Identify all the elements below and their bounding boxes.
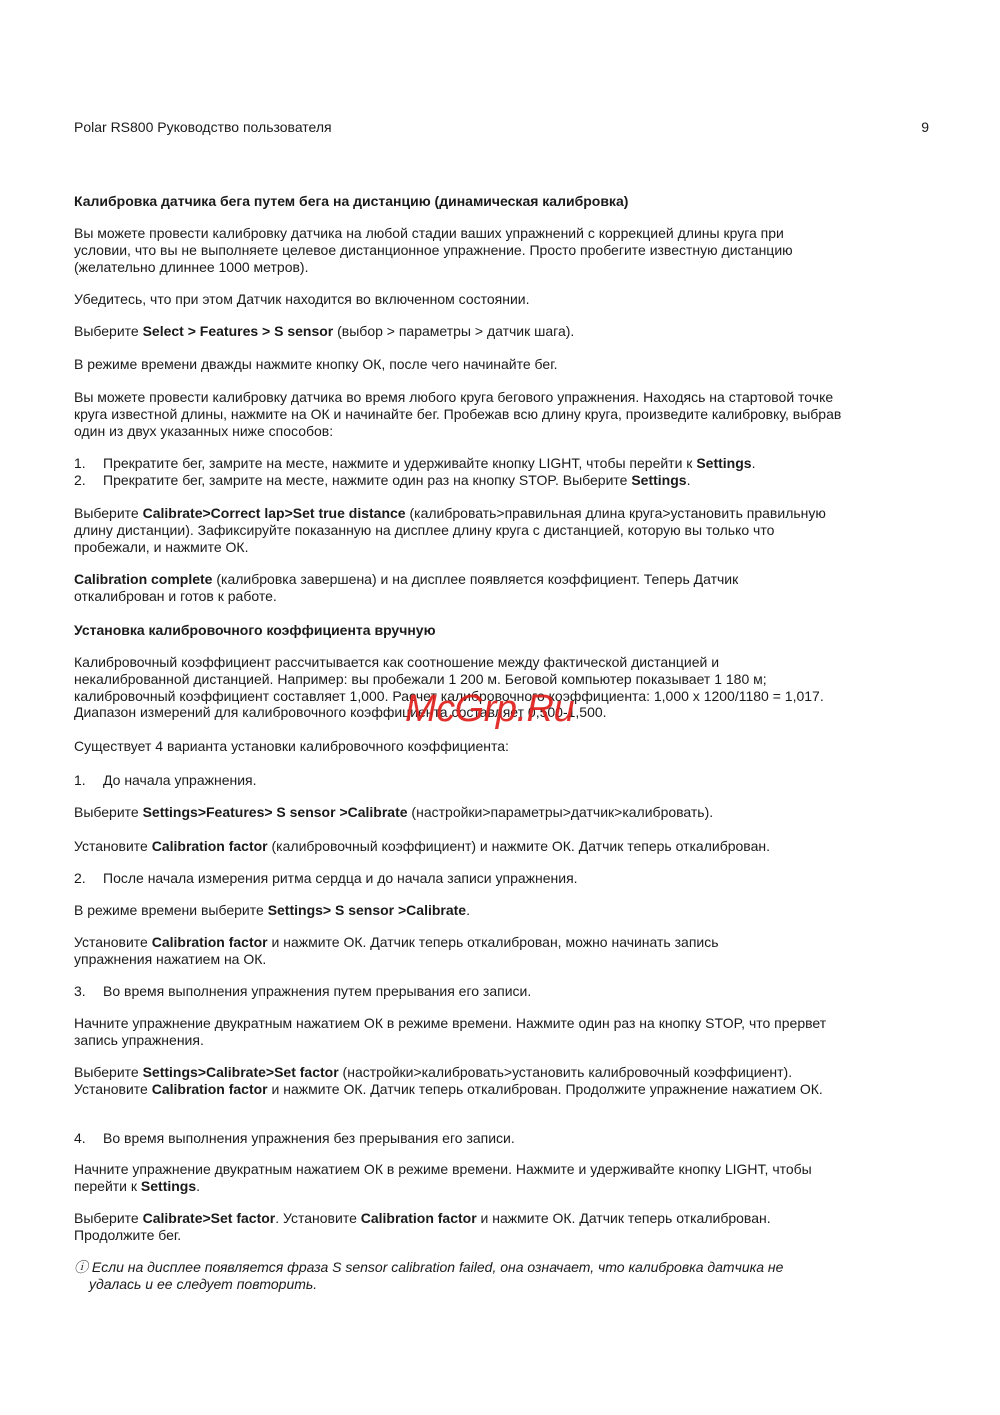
page-number: 9 <box>921 119 929 135</box>
paragraph: В режиме времени выберите Settings> S se… <box>74 902 854 919</box>
list-item: 1.До начала упражнения. <box>74 772 854 789</box>
menu-path: Calibrate>Set factor <box>143 1210 276 1226</box>
paragraph: Установите Calibration factor и нажмите … <box>74 934 774 968</box>
section-heading-manual-factor: Установка калибровочного коэффициента вр… <box>74 622 854 639</box>
paragraph: Установите Calibration factor (калиброво… <box>74 838 854 855</box>
paragraph: Вы можете провести калибровку датчика во… <box>74 389 844 439</box>
menu-path: Settings>Features> S sensor >Calibrate <box>143 804 408 820</box>
section-heading-dynamic-calibration: Калибровка датчика бега путем бега на ди… <box>74 193 854 210</box>
page-header: Polar RS800 Руководство пользователя 9 <box>74 119 929 135</box>
paragraph: Калибровочный коэффициент рассчитывается… <box>74 654 829 721</box>
list-item: 3.Во время выполнения упражнения путем п… <box>74 983 854 1000</box>
menu-path: Calibrate>Correct lap>Set true distance <box>143 505 406 521</box>
info-icon: ⓘ <box>74 1259 88 1275</box>
paragraph: Выберите Settings>Features> S sensor >Ca… <box>74 804 854 821</box>
list-item: 2. Прекратите бег, замрите на месте, наж… <box>74 472 874 489</box>
document-title: Polar RS800 Руководство пользователя <box>74 119 332 135</box>
note: ⓘ Если на дисплее появляется фраза S sen… <box>74 1259 874 1293</box>
paragraph: Выберите Calibrate>Set factor. Установит… <box>74 1210 819 1244</box>
paragraph: Начните упражнение двукратным нажатием О… <box>74 1015 834 1049</box>
paragraph: Убедитесь, что при этом Датчик находится… <box>74 291 854 308</box>
numbered-list: 1. Прекратите бег, замрите на месте, наж… <box>74 455 874 489</box>
paragraph: Существует 4 варианта установки калибров… <box>74 738 854 755</box>
menu-path: Select > Features > S sensor <box>143 323 334 339</box>
paragraph: Выберите Calibrate>Correct lap>Set true … <box>74 505 839 555</box>
paragraph: Вы можете провести калибровку датчика на… <box>74 225 844 275</box>
paragraph: В режиме времени дважды нажмите кнопку О… <box>74 356 854 373</box>
menu-path: Settings> S sensor >Calibrate <box>268 902 466 918</box>
menu-path: Settings>Calibrate>Set factor <box>143 1064 339 1080</box>
paragraph: Начните упражнение двукратным нажатием О… <box>74 1161 819 1195</box>
list-item: 1. Прекратите бег, замрите на месте, наж… <box>74 455 874 472</box>
paragraph: Выберите Settings>Calibrate>Set factor (… <box>74 1064 842 1098</box>
list-item: 4.Во время выполнения упражнения без пре… <box>74 1130 854 1147</box>
list-item: 2.После начала измерения ритма сердца и … <box>74 870 854 887</box>
paragraph: Выберите Select > Features > S sensor (в… <box>74 323 854 340</box>
paragraph: Calibration complete (калибровка заверше… <box>74 571 794 605</box>
